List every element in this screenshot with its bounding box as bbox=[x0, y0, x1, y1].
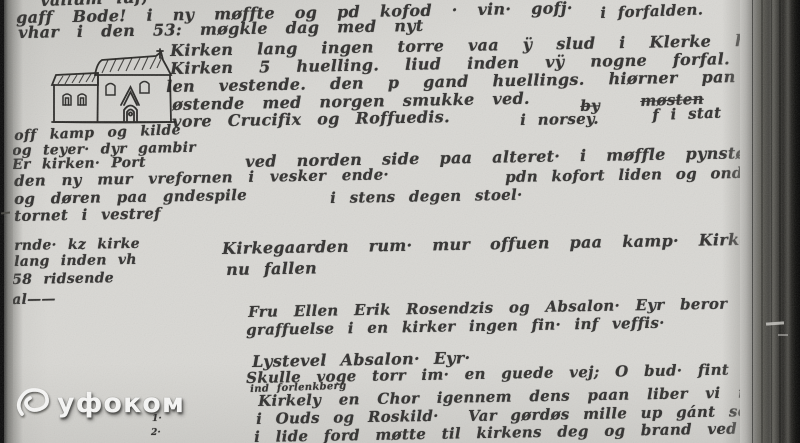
manuscript-line: vore Crucifix og Roffuedis. bbox=[172, 107, 450, 131]
page-edge-streak bbox=[761, 0, 763, 443]
page-edge-streak bbox=[752, 0, 753, 443]
manuscript-line: 58 ridsende bbox=[12, 270, 114, 288]
manuscript-line: tornet i vestref bbox=[14, 204, 161, 225]
manuscript-line: nu fallen bbox=[226, 258, 317, 279]
manuscript-line: f i stat bbox=[652, 104, 722, 124]
church-sketch bbox=[44, 48, 180, 134]
manuscript-line: i stens degen stoel· bbox=[330, 186, 523, 207]
manuscript-line: i norsey. bbox=[520, 110, 599, 129]
watermark: уфоком bbox=[14, 386, 185, 420]
watermark-text: уфоком bbox=[57, 390, 185, 417]
manuscript-line: 2· bbox=[151, 428, 161, 438]
manuscript-line: lang inden vh bbox=[14, 252, 137, 270]
page-edge-streak bbox=[779, 0, 781, 443]
manuscript-line: Kirkegaarden rum· mur offuen paa kamp· K… bbox=[222, 229, 800, 258]
left-edge-shadow bbox=[13, 0, 23, 443]
left-page-edge bbox=[4, 0, 13, 443]
manuscript-photo: vallum luf,gaff Bode! i ny møffte og pd … bbox=[0, 0, 800, 443]
manuscript-line: i forfalden. bbox=[600, 0, 703, 22]
swirl-icon bbox=[14, 386, 52, 420]
right-page-edges bbox=[740, 0, 800, 443]
page-edge-scratch bbox=[778, 334, 788, 336]
page-edge-streak bbox=[771, 0, 772, 443]
page-curl-shadow bbox=[722, 0, 740, 443]
church-ink-sketch bbox=[44, 48, 180, 130]
